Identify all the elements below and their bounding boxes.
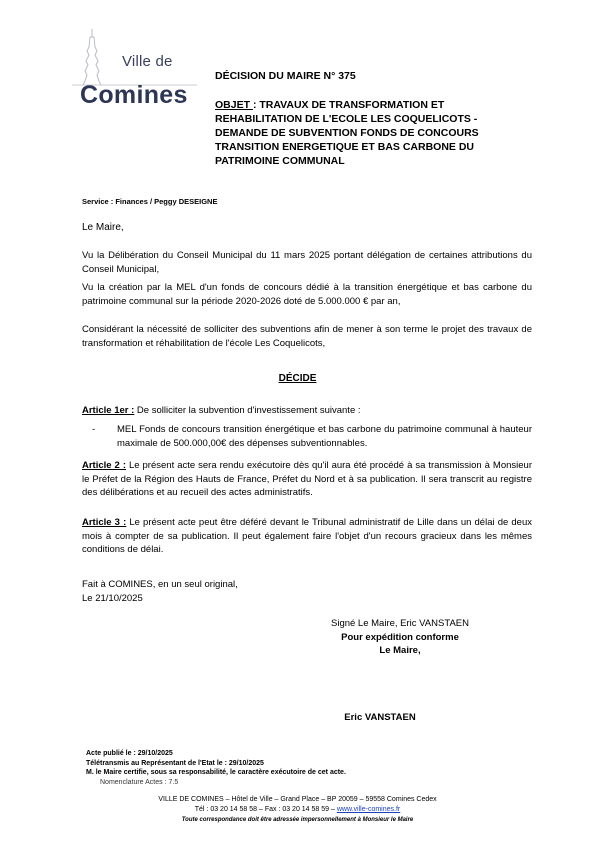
subject-label: OBJET (215, 99, 253, 111)
article-1-text: De solliciter la subvention d'investisse… (134, 405, 360, 416)
considerant-2: Vu la création par la MEL d'un fonds de … (82, 281, 532, 308)
bullet-text: MEL Fonds de concours transition énergét… (117, 423, 532, 450)
footer-notice: Toute correspondance doit être adressée … (0, 815, 595, 825)
city-logo: Ville de Comines (72, 25, 202, 115)
nomenclature: Nomenclature Actes : 7.5 (86, 778, 346, 788)
transmitted-date: Télétransmis au Représentant de l'Etat l… (86, 759, 346, 769)
logo-line1: Ville de (122, 53, 173, 70)
publication-meta: Acte publié le : 29/10/2025 Télétransmis… (86, 749, 346, 787)
signature-line1: Signé Le Maire, Eric VANSTAEN (300, 617, 500, 631)
considerant-3: Considérant la nécessité de solliciter d… (82, 323, 532, 350)
footer-contact: Tél : 03 20 14 58 58 – Fax : 03 20 14 58… (0, 805, 595, 815)
certification: M. le Maire certifie, sous sa responsabi… (86, 768, 346, 778)
article-2-label: Article 2 : (82, 460, 126, 471)
decide-heading: DÉCIDE (0, 373, 595, 384)
footer-address: VILLE DE COMINES – Hôtel de Ville – Gran… (0, 795, 595, 805)
service-line: Service : Finances / Peggy DESEIGNE (82, 197, 217, 206)
published-date: Acte publié le : 29/10/2025 (86, 749, 346, 759)
footer: VILLE DE COMINES – Hôtel de Ville – Gran… (0, 795, 595, 825)
signature-block: Signé Le Maire, Eric VANSTAEN Pour expéd… (300, 617, 500, 658)
subject-text: : TRAVAUX DE TRANSFORMATION ET REHABILIT… (215, 99, 479, 167)
article-1-label: Article 1er : (82, 405, 134, 416)
considerant-1: Vu la Délibération du Conseil Municipal … (82, 249, 532, 276)
footer-phone: Tél : 03 20 14 58 58 – Fax : 03 20 14 58… (195, 806, 337, 813)
salutation: Le Maire, (82, 222, 124, 233)
signature-line2: Pour expédition conforme (300, 631, 500, 645)
bullet-dash: - (92, 423, 95, 437)
decide-label: DÉCIDE (279, 373, 317, 384)
logo-line2: Comines (80, 81, 188, 110)
closing-date: Le 21/10/2025 (82, 592, 238, 606)
signer-name: Eric VANSTAEN (320, 712, 440, 723)
website-link[interactable]: www.ville-comines.fr (337, 806, 400, 813)
decision-title: DÉCISION DU MAIRE N° 375 (215, 70, 356, 82)
closing-place: Fait à COMINES, en un seul original, (82, 578, 238, 592)
article-2-text: Le présent acte sera rendu exécutoire dè… (82, 460, 532, 498)
article-3-label: Article 3 : (82, 517, 126, 528)
decision-subject: OBJET : TRAVAUX DE TRANSFORMATION ET REH… (215, 98, 525, 168)
article-2: Article 2 : Le présent acte sera rendu e… (82, 459, 532, 500)
signature-line3: Le Maire, (300, 644, 500, 658)
closing: Fait à COMINES, en un seul original, Le … (82, 578, 238, 605)
article-3: Article 3 : Le présent acte peut être dé… (82, 516, 532, 557)
article-3-text: Le présent acte peut être déféré devant … (82, 517, 532, 555)
article-1: Article 1er : De solliciter la subventio… (82, 404, 532, 418)
